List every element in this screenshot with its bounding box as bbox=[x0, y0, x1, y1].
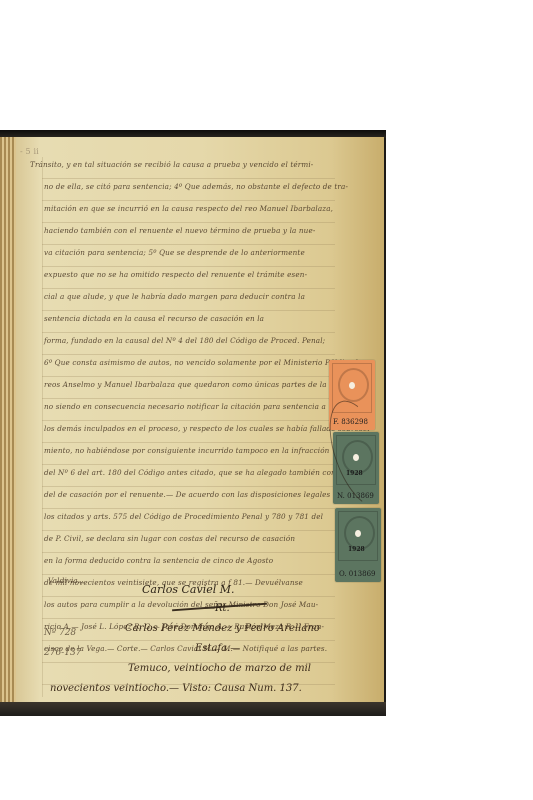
body-line: de P. Civil, se declara sin lugar con co… bbox=[44, 534, 295, 543]
document-page: - 5 ii Tránsito, y en tal situación se r… bbox=[0, 137, 384, 703]
entry-number: Nº 728 bbox=[44, 628, 76, 638]
body-line: sentencia dictada en la causa el recurso… bbox=[44, 314, 264, 323]
stamp-year: 1928 bbox=[348, 546, 365, 553]
entry-opening-line-2: novecientos veintiocho.— Visto: Causa Nu… bbox=[50, 683, 302, 694]
body-line: no siendo en consecuencia necesario noti… bbox=[44, 402, 326, 411]
signature: Carlos Caviel M. bbox=[142, 583, 235, 596]
body-line: Valdivia... bbox=[48, 576, 85, 585]
body-line: miento, no habiéndose por consiguiente i… bbox=[44, 446, 329, 455]
body-line: los demás inculpados en el proceso, y re… bbox=[44, 424, 372, 433]
stacked-page-edges bbox=[0, 137, 16, 703]
entry-subject: Estafa.— bbox=[195, 643, 240, 654]
entry-title: Carlos Pérez Méndez y Pedro Arellano bbox=[125, 623, 320, 634]
body-line: va citación para sentencia; 5º Que se de… bbox=[44, 248, 305, 257]
body-line: reos Anselmo y Manuel Ibarbalaza que que… bbox=[44, 380, 353, 389]
body-line: cial a que alude, y que le habría dado m… bbox=[44, 292, 305, 301]
stamp-serial: O. 013869 bbox=[339, 570, 376, 578]
stamp-punch-hole bbox=[355, 530, 361, 537]
body-line: los citados y arts. 575 del Código de Pr… bbox=[44, 512, 323, 521]
body-line: en la forma deducido contra la sentencia… bbox=[44, 556, 273, 565]
stamp-punch-hole bbox=[349, 382, 355, 389]
body-line: del Nº 6 del art. 180 del Código antes c… bbox=[44, 468, 367, 477]
body-line: 6º Que consta asimismo de autos, no venc… bbox=[44, 358, 366, 367]
entry-reference: 276-137 bbox=[44, 648, 81, 658]
body-line: Tránsito, y en tal situación se recibió … bbox=[30, 160, 313, 169]
bottom-binding-shadow bbox=[0, 702, 386, 716]
body-line: forma, fundado en la causal del Nº 4 del… bbox=[44, 336, 325, 345]
margin-note: - 5 ii bbox=[20, 147, 39, 156]
body-line: mitación en que se incurrió en la causa … bbox=[44, 204, 333, 213]
body-line: del de casación por el renuente.— De acu… bbox=[44, 490, 330, 499]
entry-opening-line-1: Temuco, veintiocho de marzo de mil bbox=[128, 663, 311, 674]
body-line: expuesto que no se ha omitido respecto d… bbox=[44, 270, 307, 279]
body-line: cisco de la Vega.— Corte.— Carlos Cavial… bbox=[44, 644, 327, 653]
body-line: no de ella, se citó para sentencia; 4º Q… bbox=[44, 182, 348, 191]
revenue-stamp-green-2: 1928 O. 013869 bbox=[335, 508, 381, 582]
body-line: haciendo también con el renuente el nuev… bbox=[44, 226, 315, 235]
signature-rubric: —Rt. bbox=[205, 603, 230, 614]
